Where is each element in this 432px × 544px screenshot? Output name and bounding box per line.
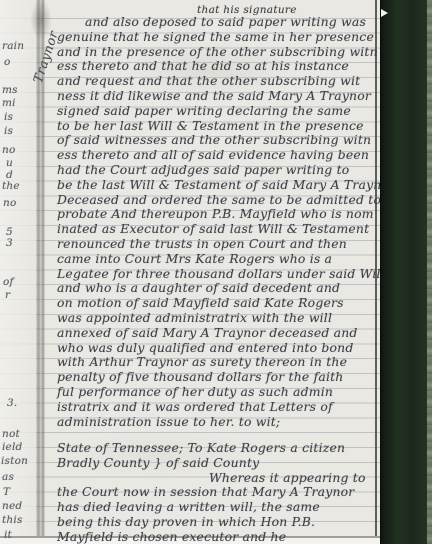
scanned-document-page: that his signature Traynor and also depo…	[0, 0, 432, 544]
text-line: ess thereto and that he did so at his in…	[57, 59, 379, 74]
text-line: and request and that the other subscribi…	[57, 74, 379, 89]
text-line: be the last Will & Testament of said Mar…	[57, 178, 379, 193]
page-edge-fragment: this	[2, 514, 23, 526]
main-handwritten-text: and also deposed to said paper writing w…	[57, 15, 379, 429]
text-line: and who is a daughter of said decedent a…	[57, 281, 379, 296]
binding-shadow-band	[380, 0, 427, 544]
page-edge-fragment: ms	[2, 84, 18, 96]
page-right-edge	[427, 0, 432, 544]
text-line: signed said paper writing declaring the …	[57, 104, 379, 119]
text-line: on motion of said Mayfield said Kate Rog…	[57, 296, 379, 311]
text-line: State of Tennessee; To Kate Rogers a cit…	[57, 441, 379, 456]
page-edge-fragment: mi	[2, 97, 16, 109]
page-edge-fragment: it	[4, 529, 12, 541]
text-line: renounced the trusts in open Court and t…	[57, 237, 379, 252]
text-line: and also deposed to said paper writing w…	[57, 15, 379, 30]
page-edge-fragment: r	[5, 289, 10, 301]
text-line: ess thereto and all of said evidence hav…	[57, 148, 379, 163]
scan-artifact-arrow	[381, 9, 388, 17]
text-line: the Court now in session that Mary A Tra…	[57, 485, 379, 500]
page-edge-fragment: 3	[6, 237, 13, 249]
text-line: Whereas it appearing to	[209, 471, 379, 486]
text-line: who was duly qualified and entered into …	[57, 341, 379, 356]
page-edge-fragment: o	[4, 56, 11, 68]
page-edge-fragment: no	[2, 144, 15, 156]
text-line: istratrix and it was ordered that Letter…	[57, 400, 379, 415]
text-line: with Arthur Traynor as surety thereon in…	[57, 355, 379, 370]
text-line: administration issue to her. to wit;	[57, 415, 379, 430]
text-line: was appointed administratrix with the wi…	[57, 311, 379, 326]
page-edge-fragment: is	[4, 125, 13, 137]
page-edge-fragment: ned	[2, 500, 22, 512]
text-line: inated as Executor of said last Will & T…	[57, 222, 379, 237]
text-line: genuine that he signed the same in her p…	[57, 30, 379, 45]
text-line: and in the presence of the other subscri…	[57, 45, 379, 60]
text-line: had the Court adjudges said paper writin…	[57, 163, 379, 178]
page-edge-fragment: u	[6, 157, 13, 169]
text-line: annexed of said Mary A Traynor deceased …	[57, 326, 379, 341]
text-line: ness it did likewise and the said Mary A…	[57, 89, 379, 104]
text-line: has died leaving a written will, the sam…	[57, 500, 379, 515]
text-line: of said witnesses and the other subscrib…	[57, 133, 379, 148]
page-edge-fragment: 3.	[7, 397, 17, 409]
page-edge-fragment: is	[4, 111, 13, 123]
closing-handwritten-text: State of Tennessee; To Kate Rogers a cit…	[57, 441, 379, 544]
page-edge-fragment: not	[2, 428, 20, 440]
page-edge-fragment: as	[2, 471, 14, 483]
page-edge-fragment: T	[3, 486, 10, 498]
text-line: Legatee for three thousand dollars under…	[57, 267, 379, 282]
page-edge-fragment: iston	[1, 455, 28, 467]
page-edge-fragment: no	[3, 197, 16, 209]
text-line: penalty of five thousand dollars for the…	[57, 370, 379, 385]
text-line: Deceased and ordered the same to be admi…	[57, 193, 379, 208]
text-line: came into Court Mrs Kate Rogers who is a	[57, 252, 379, 267]
text-line: Bradly County } of said County	[57, 456, 379, 471]
text-line: ful performance of her duty as such admi…	[57, 385, 379, 400]
text-line: probate And thereupon P.B. Mayfield who …	[57, 207, 379, 222]
page-edge-fragment: ield	[2, 441, 22, 453]
page-edge-fragment: rain	[2, 40, 24, 52]
text-line: being this day proven in which Hon P.B.	[57, 515, 379, 530]
page-edge-fragment: of	[3, 276, 14, 288]
page-edge-fragment: the	[2, 180, 20, 192]
text-line: Mayfield is chosen executor and he	[57, 530, 379, 544]
text-line: to be her last Will & Testament in the p…	[57, 119, 379, 134]
